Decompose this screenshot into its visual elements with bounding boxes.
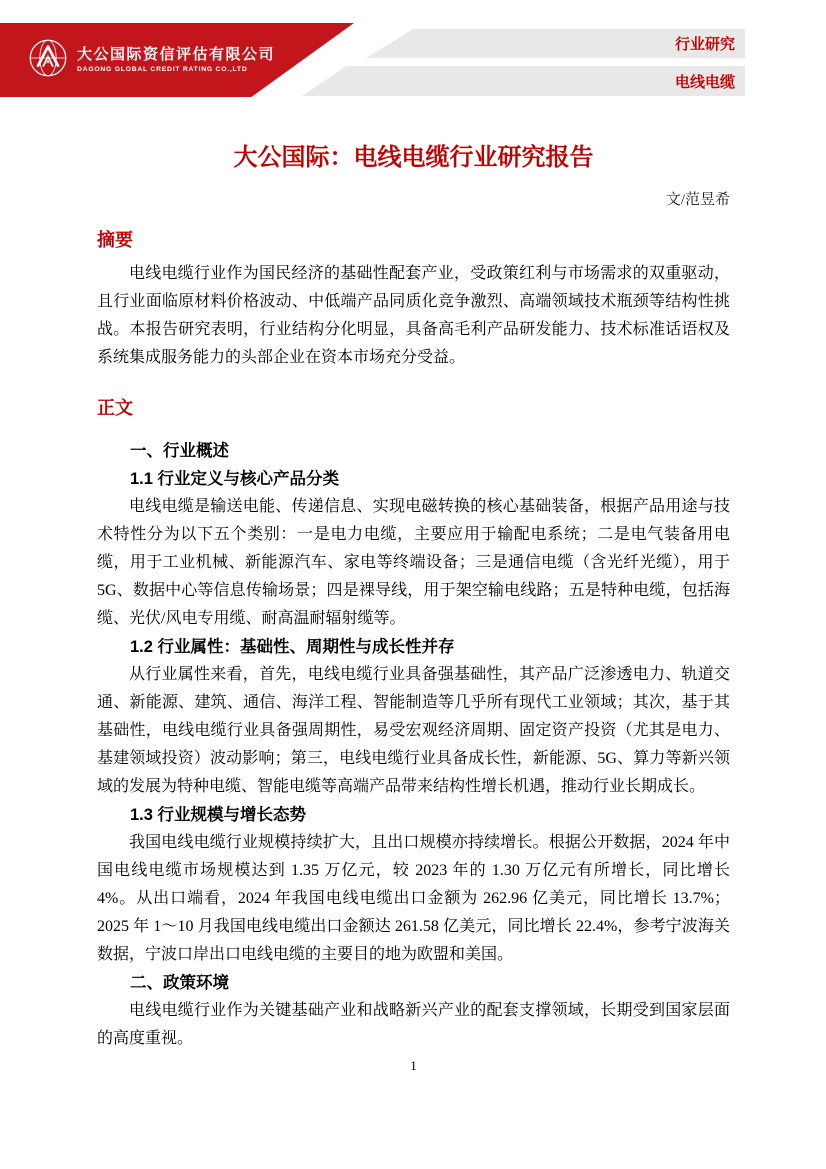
page-number: 1	[97, 1058, 730, 1074]
abstract-paragraph: 电线电缆行业作为国民经济的基础性配套产业，受政策红利与市场需求的双重驱动，且行业…	[97, 260, 730, 372]
tag-industry-research: 行业研究	[366, 29, 745, 58]
brand-banner: 大公国际资信评估有限公司 DAGONG GLOBAL CREDIT RATING…	[0, 23, 354, 97]
body-label: 正文	[97, 396, 730, 420]
tag-wire-cable: 电线电缆	[302, 66, 745, 96]
report-page: 大公国际资信评估有限公司 DAGONG GLOBAL CREDIT RATING…	[0, 0, 826, 1169]
body-content: 一、行业概述 1.1 行业定义与核心产品分类 电线电缆是输送电能、传递信息、实现…	[97, 437, 730, 1053]
page-header: 大公国际资信评估有限公司 DAGONG GLOBAL CREDIT RATING…	[0, 0, 826, 120]
author-byline: 文/范昱希	[97, 190, 730, 210]
company-names: 大公国际资信评估有限公司 DAGONG GLOBAL CREDIT RATING…	[77, 46, 275, 74]
subsection-heading-1-1: 1.1 行业定义与核心产品分类	[97, 465, 730, 493]
dagong-globe-logo-icon	[28, 38, 68, 83]
document-body: 大公国际：电线电缆行业研究报告 文/范昱希 摘要 电线电缆行业作为国民经济的基础…	[97, 140, 730, 1074]
company-name-en: DAGONG GLOBAL CREDIT RATING CO.,LTD	[77, 65, 275, 74]
abstract-label: 摘要	[97, 228, 730, 252]
section-heading-2: 二、政策环境	[97, 969, 730, 997]
paragraph-2-1: 电线电缆行业作为关键基础产业和战略新兴产业的配套支撑领域，长期受到国家层面的高度…	[97, 997, 730, 1053]
page-title: 大公国际：电线电缆行业研究报告	[97, 140, 730, 176]
paragraph-1-1: 电线电缆是输送电能、传递信息、实现电磁转换的核心基础装备，根据产品用途与技术特性…	[97, 493, 730, 633]
company-name-cn: 大公国际资信评估有限公司	[77, 46, 275, 63]
subsection-heading-1-2: 1.2 行业属性：基础性、周期性与成长性并存	[97, 633, 730, 661]
paragraph-1-2: 从行业属性来看，首先，电线电缆行业具备强基础性，其产品广泛渗透电力、轨道交通、新…	[97, 661, 730, 801]
paragraph-1-3: 我国电线电缆行业规模持续扩大，且出口规模亦持续增长。根据公开数据，2024 年中…	[97, 829, 730, 969]
section-heading-1: 一、行业概述	[97, 437, 730, 465]
subsection-heading-1-3: 1.3 行业规模与增长态势	[97, 801, 730, 829]
